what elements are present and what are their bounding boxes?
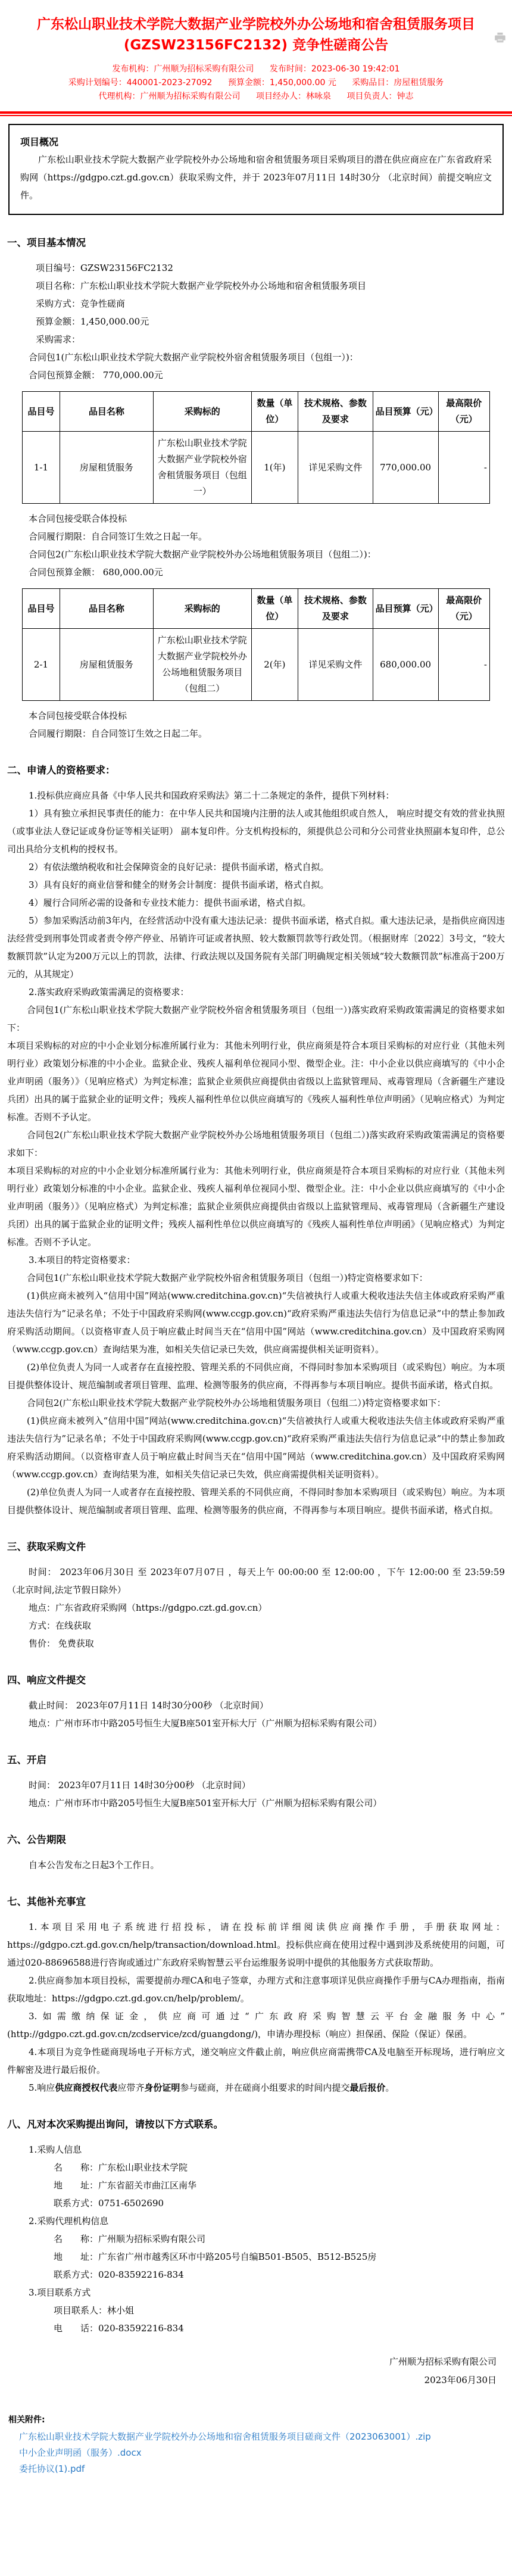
obtain-method: 方式：在线获取 <box>7 1617 505 1635</box>
table-cell-item-name: 房屋租赁服务 <box>60 629 153 701</box>
paragraph: 3）具有良好的商业信誉和健全的财务会计制度：提供书面承诺，格式自拟。 <box>7 876 505 894</box>
section-heading-8: 八、凡对本次采购提出询问，请按以下方式联系。 <box>7 2117 505 2132</box>
attachment-link-zip[interactable]: 广东松山职业技术学院大数据产业学院校外办公场地和宿舍租赁服务项目磋商文件（202… <box>8 2429 504 2445</box>
handler-label: 项目经办人： <box>256 92 306 101</box>
paragraph: 5）参加采购活动前3年内，在经营活动中没有重大违法记录：提供书面承诺，格式自拟。… <box>7 912 505 983</box>
paragraph: 2.供应商参加本项目投标，需要提前办理CA和电子签章，办理方式和注意事项详见供应… <box>7 1972 505 2007</box>
plan-label: 采购计划编号： <box>68 78 127 88</box>
text-run: 。 <box>385 2082 394 2093</box>
table-row: 1-1 房屋租赁服务 广东松山职业技术学院大数据产业学院校外宿舍租赁服务项目（包… <box>23 432 490 504</box>
paragraph: 1.投标供应商应具备《中华人民共和国政府采购法》第二十二条规定的条件，提供下列材… <box>7 787 505 804</box>
paragraph: (2)单位负责人为同一人或者存在直接控股、管理关系的不同供应商，不得同时参加本采… <box>7 1483 505 1519</box>
table-cell-price-cap: - <box>438 432 489 504</box>
announcement-page: 广东松山职业技术学院大数据产业学院校外办公场地和宿舍租赁服务项目 (GZSW23… <box>0 0 512 2495</box>
signature-company: 广州顺为招标采购有限公司 <box>7 2353 497 2371</box>
section-heading-1: 一、项目基本情况 <box>7 235 505 251</box>
package1-joint-bid: 本合同包接受联合体投标 <box>7 510 505 528</box>
title-line-2: (GZSW23156FC2132) 竞争性磋商公告 <box>124 38 388 53</box>
table-header-row: 品目号 品目名称 采购标的 数量（单位） 技术规格、参数及要求 品目预算（元） … <box>23 589 490 629</box>
table-header-cell: 最高限价（元） <box>438 589 489 629</box>
publisher-value: 广州顺为招标采购有限公司 <box>154 64 254 74</box>
paragraph: (1)供应商未被列入“信用中国”网站(www.creditchina.gov.c… <box>7 1287 505 1358</box>
buyer-address: 地 址：广东省韶关市曲江区南华 <box>7 2176 505 2194</box>
table-header-cell: 数量（单位） <box>251 589 298 629</box>
package2-term: 合同履行期限：自合同签订生效之日起二年。 <box>7 725 505 743</box>
category-label: 采购品目： <box>352 78 394 88</box>
opening-time: 时间： 2023年07月11日 14时30分00秒 （北京时间） <box>7 1776 505 1794</box>
package2-budget: 合同包预算金额： 680,000.00元 <box>7 563 505 581</box>
table-cell-subject: 广东松山职业技术学院大数据产业学院校外办公场地租赁服务项目（包组二） <box>153 629 251 701</box>
field-method: 采购方式：竞争性磋商 <box>7 295 505 313</box>
printer-icon <box>494 37 507 46</box>
field-project-name: 项目名称：广东松山职业技术学院大数据产业学院校外办公场地和宿舍租赁服务项目 <box>7 277 505 295</box>
section-heading-6: 六、公告期限 <box>7 1832 505 1848</box>
paragraph: (2)单位负责人为同一人或者存在直接控股、管理关系的不同供应商，不得同时参加本采… <box>7 1358 505 1394</box>
table-cell-spec: 详见采购文件 <box>298 432 373 504</box>
obtain-time: 时间： 2023年06月30日 至 2023年07月07日 ，每天上午 00:0… <box>7 1563 505 1599</box>
paragraph: 4）履行合同所必需的设备和专业技术能力：提供书面承诺，格式自拟。 <box>7 894 505 912</box>
signature-date: 2023年06月30日 <box>7 2371 497 2390</box>
principal-value: 钟志 <box>397 92 413 101</box>
paragraph: 1.本项目采用电子系统进行招投标，请在投标前详细阅读供应商操作手册，手册获取网址… <box>7 1918 505 1972</box>
plan-no: 采购计划编号：440001-2023-27092 <box>68 78 213 88</box>
table-cell-subject: 广东松山职业技术学院大数据产业学院校外宿舍租赁服务项目（包组一） <box>153 432 251 504</box>
table-row: 2-1 房屋租赁服务 广东松山职业技术学院大数据产业学院校外办公场地租赁服务项目… <box>23 629 490 701</box>
section-other-matters: 七、其他补充事宜 1.本项目采用电子系统进行招投标，请在投标前详细阅读供应商操作… <box>7 1894 505 2097</box>
project-contact-person: 项目联系人：林小姐 <box>7 2301 505 2319</box>
agency-meta: 代理机构：广州顺为招标采购有限公司 项目经办人：林咏泉 项目负责人：钟志 <box>0 90 512 104</box>
paragraph: 3.本项目的特定资格要求： <box>7 1251 505 1269</box>
package2-joint-bid: 本合同包接受联合体投标 <box>7 707 505 725</box>
category-value: 房屋租赁服务 <box>394 78 444 88</box>
announcement-period: 自本公告发布之日起3个工作日。 <box>7 1856 505 1874</box>
opening-place: 地点：广州市环市中路205号恒生大厦B座501室开标大厅（广州顺为招标采购有限公… <box>7 1794 505 1812</box>
bold-run: 最后报价 <box>349 2082 385 2093</box>
obtain-price: 售价： 免费获取 <box>7 1635 505 1652</box>
attachments-heading: 相关附件: <box>8 2413 504 2425</box>
agency-address: 地 址：广东省广州市越秀区环市中路205号自编B501-B505、B512-B5… <box>7 2248 505 2266</box>
agency-info-title: 2.采购代理机构信息 <box>7 2212 505 2230</box>
plan-value: 440001-2023-27092 <box>127 78 213 88</box>
table-header-cell: 品目号 <box>23 589 60 629</box>
buyer-name: 名 称：广东松山职业技术学院 <box>7 2159 505 2176</box>
doc-header: 广东松山职业技术学院大数据产业学院校外办公场地和宿舍租赁服务项目 (GZSW23… <box>0 0 512 104</box>
publish-time: 发布时间：2023-06-30 19:42:01 <box>270 64 400 74</box>
table-cell-item-no: 1-1 <box>23 432 60 504</box>
handler: 项目经办人：林咏泉 <box>256 92 331 101</box>
budget-value: 1,450,000.00 元 <box>270 78 336 88</box>
section-heading-7: 七、其他补充事宜 <box>7 1894 505 1910</box>
publisher: 发布机构：广州顺为招标采购有限公司 <box>112 64 254 74</box>
handler-value: 林咏泉 <box>306 92 331 101</box>
project-contact-phone: 电 话：020-83592216-834 <box>7 2319 505 2337</box>
table-header-cell: 采购标的 <box>153 392 251 432</box>
table-header-cell: 采购标的 <box>153 589 251 629</box>
table-cell-quantity: 2(年) <box>251 629 298 701</box>
table-header-cell: 品目预算（元） <box>373 392 438 432</box>
section-announcement-period: 六、公告期限 自本公告发布之日起3个工作日。 <box>7 1832 505 1874</box>
buyer-info-title: 1.采购人信息 <box>7 2141 505 2159</box>
table-header-cell: 最高限价（元） <box>438 392 489 432</box>
table-cell-price-cap: - <box>438 629 489 701</box>
table-header-cell: 品目预算（元） <box>373 589 438 629</box>
principal-label: 项目负责人： <box>346 92 397 101</box>
publish-meta: 发布机构：广州顺为招标采购有限公司 发布时间：2023-06-30 19:42:… <box>0 63 512 76</box>
agency-name: 名 称：广州顺为招标采购有限公司 <box>7 2230 505 2248</box>
paragraph: 1）具有独立承担民事责任的能力：在中华人民共和国境内注册的法人或其他组织或自然人… <box>7 804 505 858</box>
paragraph-item5: 5.响应供应商授权代表应带齐身份证明参与磋商，并在磋商小组要求的时间内提交最后报… <box>7 2079 505 2097</box>
table-cell-quantity: 1(年) <box>251 432 298 504</box>
title-line-1: 广东松山职业技术学院大数据产业学院校外办公场地和宿舍租赁服务项目 <box>37 17 475 32</box>
package1-term: 合同履行期限：自合同签订生效之日起一年。 <box>7 528 505 545</box>
bold-run: 供应商授权代表 <box>55 2082 117 2093</box>
attachment-link-pdf[interactable]: 委托协议(1).pdf <box>8 2461 504 2477</box>
paragraph: 合同包2(广东松山职业技术学院大数据产业学院校外办公场地租赁服务项目（包组二）)… <box>7 1126 505 1162</box>
paragraph: 2.落实政府采购政策需满足的资格要求： <box>7 983 505 1001</box>
signature-block: 广州顺为招标采购有限公司 2023年06月30日 <box>7 2337 505 2390</box>
section-heading-4: 四、响应文件提交 <box>7 1673 505 1688</box>
publisher-label: 发布机构： <box>112 64 154 74</box>
buyer-contact: 联系方式：0751-6502690 <box>7 2194 505 2212</box>
table-cell-spec: 详见采购文件 <box>298 629 373 701</box>
principal: 项目负责人：钟志 <box>346 92 413 101</box>
field-budget: 预算金额：1,450,000.00元 <box>7 313 505 330</box>
package1-items-table: 品目号 品目名称 采购标的 数量（单位） 技术规格、参数及要求 品目预算（元） … <box>22 391 490 504</box>
table-cell-budget: 770,000.00 <box>373 432 438 504</box>
table-header-cell: 技术规格、参数及要求 <box>298 392 373 432</box>
agency-contact: 联系方式：020-83592216-834 <box>7 2266 505 2284</box>
table-header-cell: 数量（单位） <box>251 392 298 432</box>
section-contacts: 八、凡对本次采购提出询问，请按以下方式联系。 1.采购人信息 名 称：广东松山职… <box>7 2117 505 2337</box>
table-header-cell: 品目号 <box>23 392 60 432</box>
field-project-no: 项目编号：GZSW23156FC2132 <box>7 259 505 277</box>
publish-time-label: 发布时间： <box>270 64 311 74</box>
section-qualifications: 二、申请人的资格要求： 1.投标供应商应具备《中华人民共和国政府采购法》第二十二… <box>7 763 505 1519</box>
text-run: 参与磋商，并在磋商小组要求的时间内提交 <box>180 2082 349 2093</box>
red-divider <box>0 111 512 116</box>
content: 一、项目基本情况 项目编号：GZSW23156FC2132 项目名称：广东松山职… <box>0 235 512 2390</box>
paragraph: (1)供应商未被列入“信用中国”网站(www.creditchina.gov.c… <box>7 1412 505 1483</box>
table-header-cell: 技术规格、参数及要求 <box>298 589 373 629</box>
table-cell-budget: 680,000.00 <box>373 629 438 701</box>
submission-place: 地点：广州市环市中路205号恒生大厦B座501室开标大厅（广州顺为招标采购有限公… <box>7 1714 505 1732</box>
section-basic-info: 一、项目基本情况 项目编号：GZSW23156FC2132 项目名称：广东松山职… <box>7 235 505 743</box>
package2-intro: 合同包2(广东松山职业技术学院大数据产业学院校外办公场地租赁服务项目（包组二）)… <box>7 545 505 563</box>
section-obtain-documents: 三、获取采购文件 时间： 2023年06月30日 至 2023年07月07日 ，… <box>7 1539 505 1652</box>
section-heading-3: 三、获取采购文件 <box>7 1539 505 1555</box>
agency-value: 广州顺为招标采购有限公司 <box>141 92 241 101</box>
table-header-cell: 品目名称 <box>60 589 153 629</box>
plan-meta: 采购计划编号：440001-2023-27092 预算金额：1,450,000.… <box>0 76 512 90</box>
paragraph: 本项目采购标的对应的中小企业划分标准所属行业为：其他未列明行业，供应商须是符合本… <box>7 1037 505 1126</box>
table-cell-item-name: 房屋租赁服务 <box>60 432 153 504</box>
agency: 代理机构：广州顺为招标采购有限公司 <box>99 92 241 101</box>
text-run: 应带齐 <box>117 2082 144 2093</box>
package2-items-table: 品目号 品目名称 采购标的 数量（单位） 技术规格、参数及要求 品目预算（元） … <box>22 588 490 701</box>
publish-time-value: 2023-06-30 19:42:01 <box>311 64 400 74</box>
field-demand: 采购需求： <box>7 330 505 348</box>
obtain-place: 地点：广东省政府采购网（https://gdgpo.czt.gd.gov.cn） <box>7 1599 505 1617</box>
page-title: 广东松山职业技术学院大数据产业学院校外办公场地和宿舍租赁服务项目 (GZSW23… <box>0 14 512 56</box>
budget-label: 预算金额： <box>228 78 270 88</box>
paragraph: 3.如需缴纳保证金，供应商可通过“广东政府采购智慧云平台金融服务中心”(http… <box>7 2007 505 2043</box>
section-response-submission: 四、响应文件提交 截止时间： 2023年07月11日 14时30分00秒 （北京… <box>7 1673 505 1732</box>
agency-label: 代理机构： <box>99 92 141 101</box>
section-heading-2: 二、申请人的资格要求： <box>7 763 505 778</box>
paragraph: 4.本项目为竞争性磋商现场电子开标方式，递交响应文件截止前，响应供应商需携带CA… <box>7 2043 505 2079</box>
section-heading-5: 五、开启 <box>7 1752 505 1768</box>
paragraph: 本项目采购标的对应的中小企业划分标准所属行业为：其他未列明行业，供应商须是符合本… <box>7 1162 505 1251</box>
attachments: 相关附件: 广东松山职业技术学院大数据产业学院校外办公场地和宿舍租赁服务项目磋商… <box>0 2413 512 2477</box>
table-header-row: 品目号 品目名称 采购标的 数量（单位） 技术规格、参数及要求 品目预算（元） … <box>23 392 490 432</box>
project-overview-box: 项目概况 广东松山职业技术学院大数据产业学院校外办公场地和宿舍租赁服务项目采购项… <box>8 124 504 215</box>
bold-run: 身份证明 <box>144 2082 180 2093</box>
overview-body: 广东松山职业技术学院大数据产业学院校外办公场地和宿舍租赁服务项目采购项目的潜在供… <box>20 151 492 204</box>
attachment-link-docx[interactable]: 中小企业声明函（服务）.docx <box>8 2445 504 2461</box>
deadline: 截止时间： 2023年07月11日 14时30分00秒 （北京时间） <box>7 1696 505 1714</box>
table-header-cell: 品目名称 <box>60 392 153 432</box>
package1-budget: 合同包预算金额： 770,000.00元 <box>7 366 505 384</box>
budget: 预算金额：1,450,000.00 元 <box>228 78 336 88</box>
section-opening: 五、开启 时间： 2023年07月11日 14时30分00秒 （北京时间） 地点… <box>7 1752 505 1812</box>
overview-heading: 项目概况 <box>20 135 492 148</box>
table-cell-item-no: 2-1 <box>23 629 60 701</box>
paragraph: 合同包2(广东松山职业技术学院大数据产业学院校外办公场地租赁服务项目（包组二）)… <box>7 1394 505 1412</box>
category: 采购品目：房屋租赁服务 <box>352 78 444 88</box>
print-button[interactable] <box>493 31 507 45</box>
paragraph: 合同包1(广东松山职业技术学院大数据产业学院校外宿舍租赁服务项目（包组一）)特定… <box>7 1269 505 1287</box>
package1-intro: 合同包1(广东松山职业技术学院大数据产业学院校外宿舍租赁服务项目（包组一）)： <box>7 348 505 366</box>
project-contact-title: 3.项目联系方式 <box>7 2284 505 2301</box>
text-run: 5.响应 <box>29 2082 55 2093</box>
paragraph: 合同包1(广东松山职业技术学院大数据产业学院校外宿舍租赁服务项目（包组一）)落实… <box>7 1001 505 1037</box>
paragraph: 2）有依法缴纳税收和社会保障资金的良好记录：提供书面承诺，格式自拟。 <box>7 858 505 876</box>
